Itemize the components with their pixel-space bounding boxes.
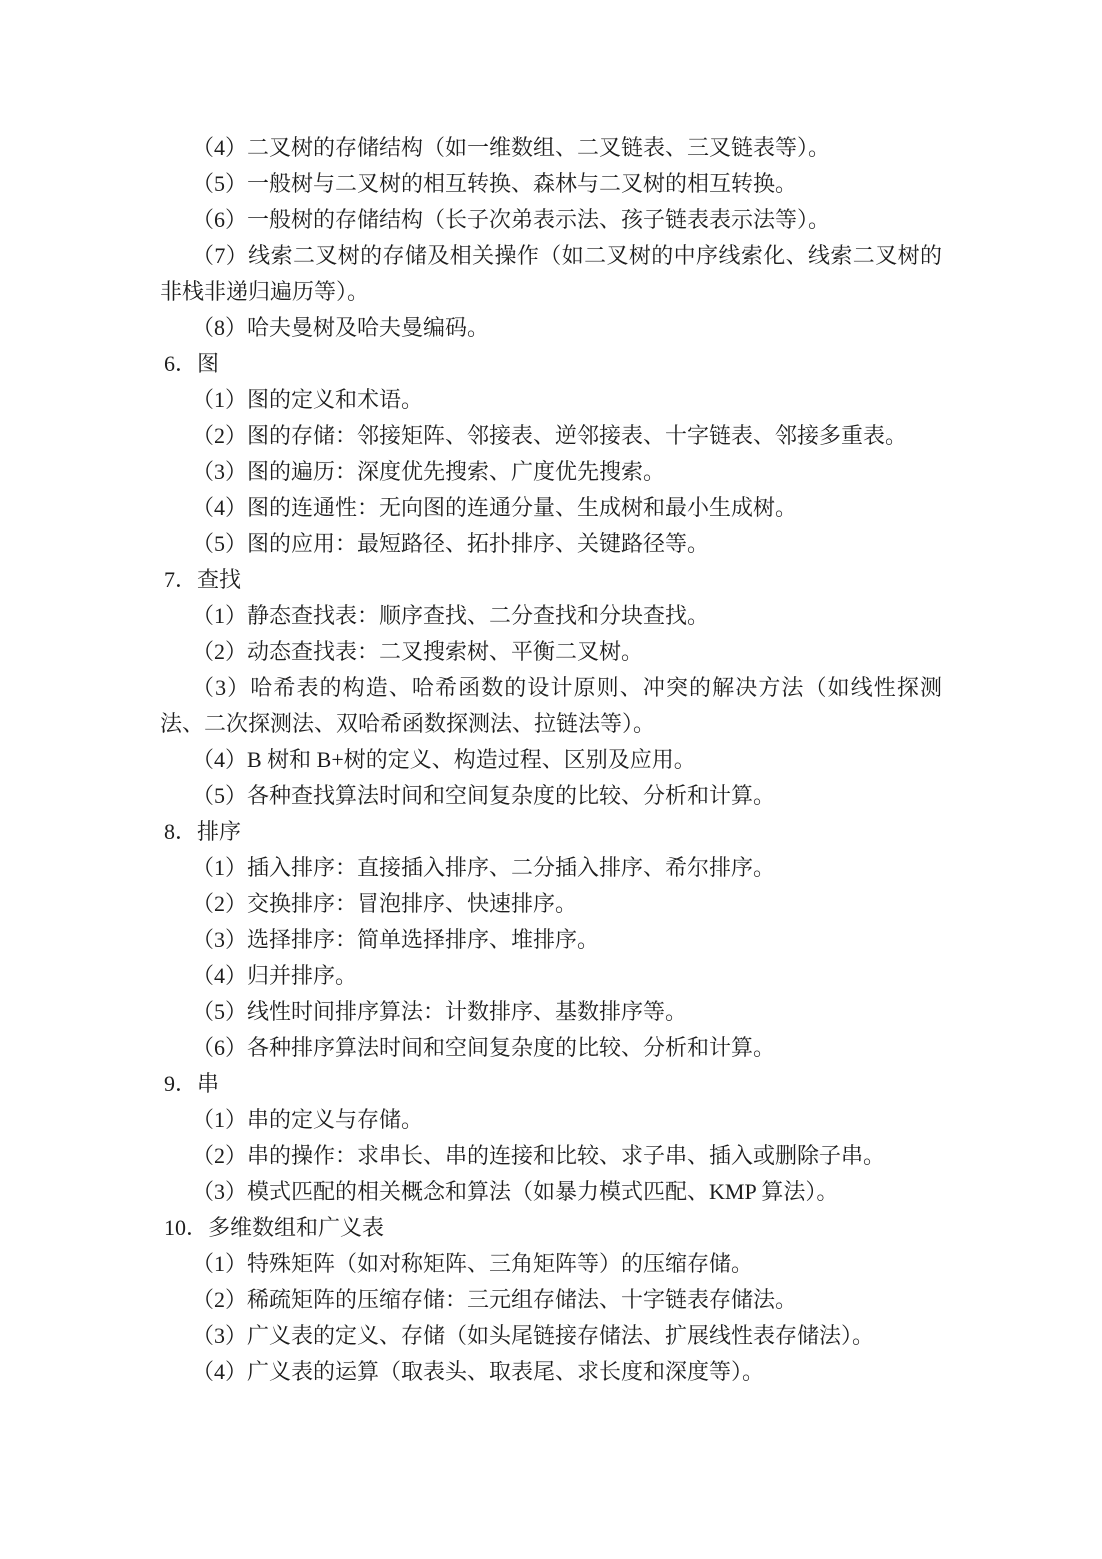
list-item: （7）线索二叉树的存储及相关操作（如二叉树的中序线索化、线索二叉树的非栈非递归遍… [160, 238, 942, 310]
list-item: （2）动态查找表：二叉搜索树、平衡二叉树。 [160, 634, 942, 670]
list-item: （1）图的定义和术语。 [160, 382, 942, 418]
list-item: （2）稀疏矩阵的压缩存储：三元组存储法、十字链表存储法。 [160, 1282, 942, 1318]
list-item: （4）图的连通性：无向图的连通分量、生成树和最小生成树。 [160, 490, 942, 526]
list-item: （1）插入排序：直接插入排序、二分插入排序、希尔排序。 [160, 850, 942, 886]
list-item: （5）各种查找算法时间和空间复杂度的比较、分析和计算。 [160, 778, 942, 814]
list-item: （4）归并排序。 [160, 958, 942, 994]
section-heading: 7．查找 [160, 562, 942, 598]
list-item: （3）图的遍历：深度优先搜索、广度优先搜索。 [160, 454, 942, 490]
list-item: （4）B 树和 B+树的定义、构造过程、区别及应用。 [160, 742, 942, 778]
list-item: （1）特殊矩阵（如对称矩阵、三角矩阵等）的压缩存储。 [160, 1246, 942, 1282]
list-item: （6）一般树的存储结构（长子次弟表示法、孩子链表表示法等）。 [160, 202, 942, 238]
list-item: （2）交换排序：冒泡排序、快速排序。 [160, 886, 942, 922]
list-item: （2）串的操作：求串长、串的连接和比较、求子串、插入或删除子串。 [160, 1138, 942, 1174]
list-item: （3）哈希表的构造、哈希函数的设计原则、冲突的解决方法（如线性探测法、二次探测法… [160, 670, 942, 742]
section-heading: 9．串 [160, 1066, 942, 1102]
section-heading: 6．图 [160, 346, 942, 382]
section-heading: 8．排序 [160, 814, 942, 850]
list-item: （1）串的定义与存储。 [160, 1102, 942, 1138]
document-body: （4）二叉树的存储结构（如一维数组、二叉链表、三叉链表等）。 （5）一般树与二叉… [0, 0, 1102, 1390]
list-item: （3）广义表的定义、存储（如头尾链接存储法、扩展线性表存储法）。 [160, 1318, 942, 1354]
list-item: （6）各种排序算法时间和空间复杂度的比较、分析和计算。 [160, 1030, 942, 1066]
list-item: （3）模式匹配的相关概念和算法（如暴力模式匹配、KMP 算法）。 [160, 1174, 942, 1210]
list-item: （5）线性时间排序算法：计数排序、基数排序等。 [160, 994, 942, 1030]
list-item: （3）选择排序：简单选择排序、堆排序。 [160, 922, 942, 958]
list-item: （5）图的应用：最短路径、拓扑排序、关键路径等。 [160, 526, 942, 562]
list-item: （8）哈夫曼树及哈夫曼编码。 [160, 310, 942, 346]
list-item: （2）图的存储：邻接矩阵、邻接表、逆邻接表、十字链表、邻接多重表。 [160, 418, 942, 454]
section-heading: 10．多维数组和广义表 [160, 1210, 942, 1246]
list-item: （5）一般树与二叉树的相互转换、森林与二叉树的相互转换。 [160, 166, 942, 202]
list-item: （4）二叉树的存储结构（如一维数组、二叉链表、三叉链表等）。 [160, 130, 942, 166]
list-item: （1）静态查找表：顺序查找、二分查找和分块查找。 [160, 598, 942, 634]
list-item: （4）广义表的运算（取表头、取表尾、求长度和深度等）。 [160, 1354, 942, 1390]
document-page: （4）二叉树的存储结构（如一维数组、二叉链表、三叉链表等）。 （5）一般树与二叉… [0, 0, 1102, 1559]
